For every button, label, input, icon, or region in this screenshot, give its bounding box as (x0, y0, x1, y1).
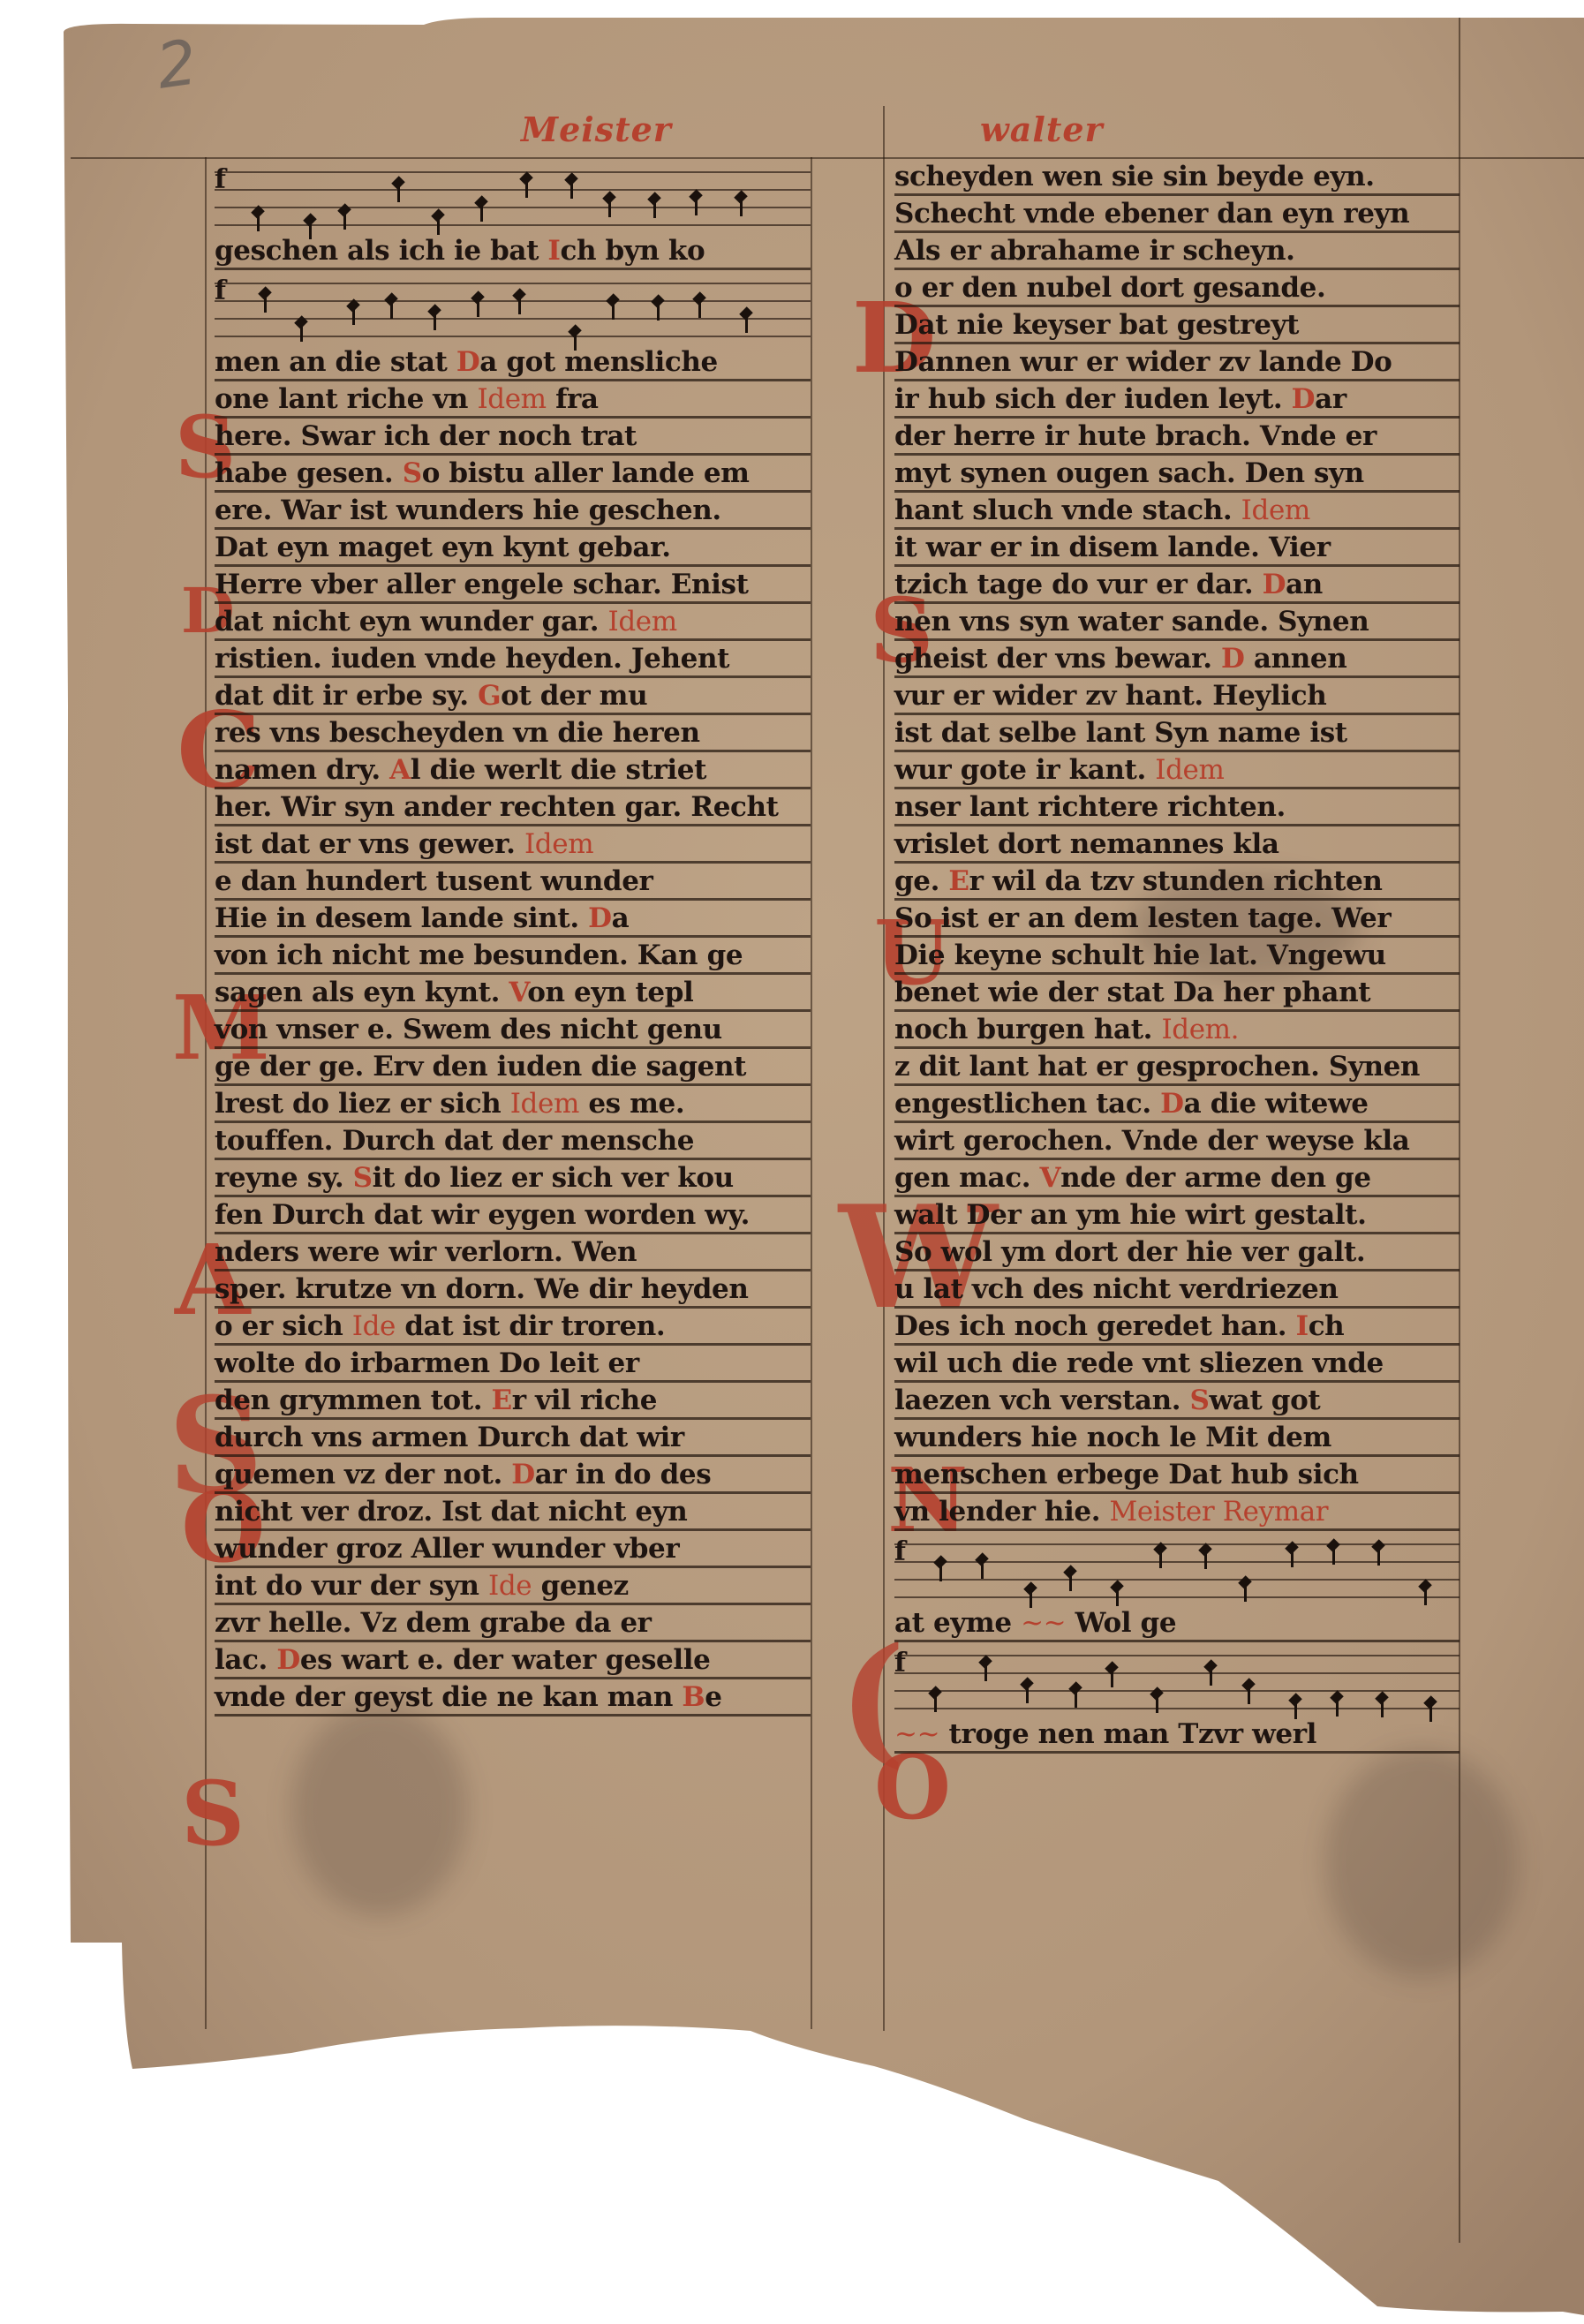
line-text: wat got (1210, 1385, 1321, 1416)
text-line: Die keyne schult hie lat. Vngewu (894, 938, 1460, 975)
text-line: dat dit ir erbe sy. Got der mu (215, 678, 811, 715)
text-line: engestlichen tac. Da die witewe (894, 1086, 1460, 1123)
text-line: walt Der an ym hie wirt gestalt. (894, 1197, 1460, 1234)
text-line: namen dry. Al die werlt die striet (215, 752, 811, 789)
text-line: sagen als eyn kynt. Von eyn tepl (215, 975, 811, 1012)
staff-line (215, 207, 811, 208)
text-line: Als er abrahame ir scheyn. (894, 233, 1460, 270)
line-text: wil uch die rede vnt sliezen vnde (894, 1347, 1384, 1379)
text-line: o er sich Ide dat ist dir troren. (215, 1309, 811, 1346)
text-line: tzich tage do vur er dar. Dan (894, 567, 1460, 604)
text-line: wolte do irbarmen Do leit er (215, 1346, 811, 1383)
rubricated-initial: I (547, 235, 560, 267)
line-text: r vil riche (512, 1385, 657, 1416)
line-text: Die keyne schult hie lat. Vngewu (894, 939, 1386, 971)
line-text: dat ist dir troren. (396, 1310, 665, 1342)
staff-line (215, 189, 811, 191)
note-stem (525, 182, 528, 198)
line-text: ar in do des (535, 1459, 712, 1490)
staff-line (894, 1596, 1460, 1598)
staff-line (894, 1579, 1460, 1581)
note-stem (1156, 1697, 1158, 1713)
line-text: ge der ge. Erv den iuden die sagent (215, 1051, 746, 1083)
note-stem (397, 186, 400, 202)
text-line: quemen vz der not. Dar in do des (215, 1457, 811, 1494)
line-text: vrislet dort nemannes kla (894, 828, 1279, 860)
line-text: here. Swar ich der noch trat (215, 420, 637, 452)
rubricated-initial: S (353, 1162, 373, 1194)
note-stem (390, 303, 393, 319)
text-line: ~~ troge nen man Tzvr werl (894, 1717, 1460, 1754)
line-text: a got mensliche (479, 346, 718, 378)
note-stem (984, 1665, 987, 1681)
note-stem (1381, 1701, 1384, 1717)
text-line: ist dat selbe lant Syn name ist (894, 715, 1460, 752)
text-line: laezen vch verstan. Swat got (894, 1383, 1460, 1420)
rubricated-initial: A (389, 754, 411, 786)
note-stem (612, 304, 615, 320)
note-stem (1204, 1553, 1207, 1569)
text-line: von vnser e. Swem des nicht genu (215, 1012, 811, 1049)
note-stem (264, 297, 267, 313)
line-text: gheist der vns bewar. (894, 643, 1221, 675)
note-stem (1026, 1687, 1029, 1703)
staff-line (215, 171, 811, 173)
rubric-flourish: ~~ (894, 1718, 939, 1750)
staff-line (894, 1708, 1460, 1709)
rubricated-initial: D (456, 346, 479, 378)
note-stem (657, 305, 660, 321)
right-column: scheyden wen sie sin beyde eyn.Schecht v… (894, 159, 1460, 1754)
line-text: vn lender hie. (894, 1496, 1110, 1528)
text-line: nicht ver droz. Ist dat nicht eyn (215, 1494, 811, 1531)
line-text: an (1286, 569, 1323, 600)
text-line: it war er in disem lande. Vier (894, 530, 1460, 567)
rubricated-initial: I (1296, 1310, 1309, 1342)
line-text: men an die stat (215, 346, 456, 378)
line-text: Herre vber aller engele schar. Enist (215, 569, 749, 600)
text-line: Dannen wur er wider zv lande Do (894, 344, 1460, 381)
line-text: namen dry. (215, 754, 389, 786)
text-line: Hie in desem lande sint. Da (215, 901, 811, 938)
stain (1324, 1748, 1519, 1978)
text-line: benet wie der stat Da her phant (894, 975, 1460, 1012)
text-line: den grymmen tot. Er vil riche (215, 1383, 811, 1420)
text-line: So wol ym dort der hie ver galt. (894, 1234, 1460, 1271)
line-text: ristien. iuden vnde heyden. Jehent (215, 643, 729, 675)
line-text: her. Wir syn ander rechten gar. Recht (215, 791, 779, 823)
text-line: habe gesen. So bistu aller lande em (215, 456, 811, 493)
note-stem (343, 214, 346, 230)
text-line: ist dat er vns gewer. Idem (215, 826, 811, 864)
music-staff: f (894, 1531, 1460, 1605)
line-text: wirt gerochen. Vnde der weyse kla (894, 1125, 1409, 1157)
line-text: ch byn ko (561, 235, 705, 267)
line-text: es wart e. der water geselle (300, 1644, 711, 1676)
staff-line (894, 1690, 1460, 1692)
line-text: wunder groz Aller wunder vber (215, 1533, 679, 1565)
rubricated-initial: E (948, 865, 969, 897)
line-text: sagen als eyn kynt. (215, 977, 509, 1008)
text-line: von ich nicht me besunden. Kan ge (215, 938, 811, 975)
note-stem (1424, 1589, 1427, 1605)
line-text: hant sluch vnde stach. (894, 494, 1241, 526)
rubricated-initial: D (276, 1644, 299, 1676)
line-text: Als er abrahame ir scheyn. (894, 235, 1294, 267)
music-staff: f (215, 159, 811, 233)
line-text: nde der arme den ge (1060, 1162, 1371, 1194)
rubricated-initial: D (1160, 1088, 1183, 1120)
rubric: Idem (524, 828, 593, 860)
line-text: it war er in disem lande. Vier (894, 532, 1331, 563)
text-line: ge der ge. Erv den iuden die sagent (215, 1049, 811, 1086)
line-text: ist dat selbe lant Syn name ist (894, 717, 1347, 749)
line-text: vnde der geyst die ne kan man (215, 1681, 682, 1713)
rubricated-initial: V (509, 977, 527, 1008)
text-line: ge. Er wil da tzv stunden richten (894, 864, 1460, 901)
line-text: fen Durch dat wir eygen worden wy. (215, 1199, 750, 1231)
line-text: vur er wider zv hant. Heylich (894, 680, 1326, 712)
staff-line (215, 224, 811, 226)
line-text: Dat nie keyser bat gestreyt (894, 309, 1299, 341)
line-text: Dannen wur er wider zv lande Do (894, 346, 1392, 378)
note-stem (477, 301, 479, 317)
initial-s2: S (181, 1762, 245, 1866)
note-stem (1159, 1552, 1162, 1568)
rubric: Idem (477, 383, 546, 415)
stain (291, 1704, 468, 1916)
line-text: r wil da tzv stunden richten (969, 865, 1383, 897)
line-text: ar (1315, 383, 1346, 415)
text-line: wunder groz Aller wunder vber (215, 1531, 811, 1568)
line-text: lac. (215, 1644, 276, 1676)
line-text: ere. War ist wunders hie geschen. (215, 494, 721, 526)
text-line: nders were wir verlorn. Wen (215, 1234, 811, 1271)
line-text: a (612, 902, 630, 934)
text-line: z dit lant hat er gesprochen. Synen (894, 1049, 1460, 1086)
note-stem (740, 200, 743, 216)
rubricated-initial: D (588, 902, 611, 934)
line-text: fra (547, 383, 599, 415)
line-text: it do liez er sich ver kou (373, 1162, 734, 1194)
text-line: wirt gerochen. Vnde der weyse kla (894, 1123, 1460, 1160)
line-text: a die witewe (1184, 1088, 1369, 1120)
text-line: here. Swar ich der noch trat (215, 419, 811, 456)
rubricated-initial: D (1292, 383, 1315, 415)
note-stem (939, 1566, 942, 1581)
text-line: e dan hundert tusent wunder (215, 864, 811, 901)
note-stem (1377, 1550, 1380, 1566)
music-staff: f (215, 270, 811, 344)
text-line: fen Durch dat wir eygen worden wy. (215, 1197, 811, 1234)
note-stem (653, 202, 656, 218)
rubricated-initial: D (1263, 569, 1286, 600)
text-line: nen vns syn water sande. Synen (894, 604, 1460, 641)
rubricated-initial: E (492, 1385, 512, 1416)
text-line: one lant riche vn Idem fra (215, 381, 811, 419)
running-header-right: walter (980, 109, 1104, 149)
text-line: res vns bescheyden vn die heren (215, 715, 811, 752)
text-line: reyne sy. Sit do liez er sich ver kou (215, 1160, 811, 1197)
line-text: von ich nicht me besunden. Kan ge (215, 939, 743, 971)
rubricated-initial: G (478, 680, 501, 712)
line-text: laezen vch verstan. (894, 1385, 1190, 1416)
rubric: Ide (352, 1310, 396, 1342)
text-line: vn lender hie. Meister Reymar (894, 1494, 1460, 1531)
line-text: troge nen man Tzvr werl (939, 1718, 1316, 1750)
line-text: walt Der an ym hie wirt gestalt. (894, 1199, 1367, 1231)
line-text: benet wie der stat Da her phant (894, 977, 1370, 1008)
note-stem (257, 215, 260, 231)
text-line: ere. War ist wunders hie geschen. (215, 493, 811, 530)
text-line: Des ich noch geredet han. Ich (894, 1309, 1460, 1346)
line-text: scheyden wen sie sin beyde eyn. (894, 161, 1375, 192)
line-text: nders were wir verlorn. Wen (215, 1236, 637, 1268)
text-line: at eyme ~~ Wol ge (894, 1605, 1460, 1642)
text-line: wur gote ir kant. Idem (894, 752, 1460, 789)
line-text: Des ich noch geredet han. (894, 1310, 1296, 1342)
line-text: So ist er an dem lesten tage. Wer (894, 902, 1391, 934)
line-text: durch vns armen Durch dat wir (215, 1422, 684, 1453)
left-column: fgeschen als ich ie bat Ich byn kofmen a… (215, 159, 811, 1717)
note-stem (1291, 1551, 1294, 1567)
text-line: ristien. iuden vnde heyden. Jehent (215, 641, 811, 678)
text-line: nser lant richtere richten. (894, 789, 1460, 826)
rubric: Meister Reymar (1110, 1496, 1329, 1528)
line-text: Hie in desem lande sint. (215, 902, 588, 934)
text-line: hant sluch vnde stach. Idem (894, 493, 1460, 530)
rubric: Idem (608, 606, 677, 638)
text-line: ir hub sich der iuden leyt. Dar (894, 381, 1460, 419)
note-stem (352, 309, 355, 325)
text-line: wunders hie noch le Mit dem (894, 1420, 1460, 1457)
line-text: at eyme (894, 1607, 1021, 1639)
text-line: u lat vch des nicht verdriezen (894, 1271, 1460, 1309)
line-text: dat nicht eyn wunder gar. (215, 606, 608, 638)
line-text: wunders hie noch le Mit dem (894, 1422, 1331, 1453)
staff-line (215, 336, 811, 337)
staff-line (894, 1672, 1460, 1674)
note-stem (1244, 1586, 1247, 1602)
line-text: wolte do irbarmen Do leit er (215, 1347, 639, 1379)
line-text: zvr helle. Vz dem grabe da er (215, 1607, 652, 1639)
line-text: ir hub sich der iuden leyt. (894, 383, 1292, 415)
line-text: genez (532, 1570, 629, 1602)
text-line: touffen. Durch dat der mensche (215, 1123, 811, 1160)
line-text: ist dat er vns gewer. (215, 828, 524, 860)
note-stem (1336, 1701, 1339, 1717)
note-stem (518, 298, 521, 314)
line-text: ge. (894, 865, 948, 897)
rubricated-initial: V (1039, 1162, 1060, 1194)
line-text: gen mac. (894, 1162, 1039, 1194)
rubric: Idem (1241, 494, 1310, 526)
line-text: nicht ver droz. Ist dat nicht eyn (215, 1496, 687, 1528)
text-line: So ist er an dem lesten tage. Wer (894, 901, 1460, 938)
text-line: gen mac. Vnde der arme den ge (894, 1160, 1460, 1197)
text-line: gheist der vns bewar. D annen (894, 641, 1460, 678)
text-line: menschen erbege Dat hub sich (894, 1457, 1460, 1494)
line-text: geschen als ich ie bat (215, 235, 547, 267)
line-text: o bistu aller lande em (422, 457, 750, 489)
rubric: Ide (488, 1570, 532, 1602)
line-text: int do vur der syn (215, 1570, 488, 1602)
line-text: on eyn tepl (527, 977, 693, 1008)
note-stem (934, 1696, 937, 1712)
text-line: lac. Des wart e. der water geselle (215, 1642, 811, 1679)
line-text: reyne sy. (215, 1162, 353, 1194)
text-line: o er den nubel dort gesande. (894, 270, 1460, 307)
line-text: annen (1245, 643, 1347, 675)
text-line: geschen als ich ie bat Ich byn ko (215, 233, 811, 270)
line-text: res vns bescheyden vn die heren (215, 717, 700, 749)
text-line: Dat nie keyser bat gestreyt (894, 307, 1460, 344)
line-text: z dit lant hat er gesprochen. Synen (894, 1051, 1420, 1083)
rubric-flourish: ~~ (1021, 1607, 1066, 1639)
text-line: men an die stat Da got mensliche (215, 344, 811, 381)
rubricated-initial: D (511, 1459, 534, 1490)
note-stem (608, 201, 611, 217)
line-text: lrest do liez er sich (215, 1088, 510, 1120)
staff-line (894, 1655, 1460, 1656)
note-stem (1111, 1671, 1113, 1687)
clef-icon: f (215, 164, 226, 195)
text-line: wil uch die rede vnt sliezen vnde (894, 1346, 1460, 1383)
running-header-left: Meister (521, 109, 672, 149)
line-text: u lat vch des nicht verdriezen (894, 1273, 1338, 1305)
note-stem (698, 302, 701, 318)
manuscript-leaf: 2 Meister walter S D C M A S O S D S U W… (0, 0, 1584, 2324)
text-line: Dat eyn maget eyn kynt gebar. (215, 530, 811, 567)
line-text: quemen vz der not. (215, 1459, 511, 1490)
rubric: Idem (1155, 754, 1224, 786)
note-stem (1075, 1692, 1077, 1708)
line-text: wur gote ir kant. (894, 754, 1155, 786)
line-text: one lant riche vn (215, 383, 477, 415)
line-text: den grymmen tot. (215, 1385, 492, 1416)
line-text: von vnser e. Swem des nicht genu (215, 1014, 722, 1045)
text-line: noch burgen hat. Idem. (894, 1012, 1460, 1049)
note-stem (745, 317, 748, 333)
text-line: myt synen ougen sach. Den syn (894, 456, 1460, 493)
note-stem (480, 206, 483, 222)
clef-icon: f (894, 1648, 906, 1679)
clef-icon: f (215, 275, 226, 306)
line-text: e (705, 1681, 721, 1713)
note-stem (1248, 1688, 1250, 1704)
line-text: der herre ir hute brach. Vnde er (894, 420, 1377, 452)
rubricated-initial: D (1221, 643, 1244, 675)
line-text: tzich tage do vur er dar. (894, 569, 1263, 600)
text-line: scheyden wen sie sin beyde eyn. (894, 159, 1460, 196)
ruling-left-inner (811, 157, 812, 2029)
line-text: ot der mu (501, 680, 647, 712)
text-line: Schecht vnde ebener dan eyn reyn (894, 196, 1460, 233)
line-text: So wol ym dort der hie ver galt. (894, 1236, 1365, 1268)
text-line: durch vns armen Durch dat wir (215, 1420, 811, 1457)
note-stem (1116, 1590, 1119, 1606)
text-line: lrest do liez er sich Idem es me. (215, 1086, 811, 1123)
line-text: Schecht vnde ebener dan eyn reyn (894, 198, 1409, 230)
line-text: e dan hundert tusent wunder (215, 865, 652, 897)
note-stem (300, 326, 303, 342)
line-text: dat dit ir erbe sy. (215, 680, 478, 712)
staff-line (215, 283, 811, 284)
line-text: l die werlt die striet (411, 754, 706, 786)
rubricated-initial: S (403, 457, 422, 489)
line-text: o er den nubel dort gesande. (894, 272, 1325, 304)
rubricated-initial: S (1190, 1385, 1210, 1416)
note-stem (1210, 1670, 1212, 1686)
music-staff: f (894, 1642, 1460, 1717)
rubricated-initial: B (682, 1681, 705, 1713)
note-stem (1069, 1575, 1072, 1591)
line-text: nser lant richtere richten. (894, 791, 1286, 823)
clef-icon: f (894, 1536, 906, 1567)
line-text: es me. (579, 1088, 684, 1120)
text-line: vnde der geyst die ne kan man Be (215, 1679, 811, 1717)
text-line: zvr helle. Vz dem grabe da er (215, 1605, 811, 1642)
line-text: Dat eyn maget eyn kynt gebar. (215, 532, 671, 563)
line-text: engestlichen tac. (894, 1088, 1160, 1120)
text-line: der herre ir hute brach. Vnde er (894, 419, 1460, 456)
line-text: myt synen ougen sach. Den syn (894, 457, 1364, 489)
rubric: Idem. (1161, 1014, 1239, 1045)
line-text: sper. krutze vn dorn. We dir heyden (215, 1273, 748, 1305)
note-stem (434, 314, 436, 330)
line-text: nen vns syn water sande. Synen (894, 606, 1369, 638)
text-line: Herre vber aller engele schar. Enist (215, 567, 811, 604)
text-line: her. Wir syn ander rechten gar. Recht (215, 789, 811, 826)
text-line: vur er wider zv hant. Heylich (894, 678, 1460, 715)
line-text: ch (1309, 1310, 1345, 1342)
line-text: o er sich (215, 1310, 352, 1342)
line-text: menschen erbege Dat hub sich (894, 1459, 1359, 1490)
text-line: int do vur der syn Ide genez (215, 1568, 811, 1605)
text-line: dat nicht eyn wunder gar. Idem (215, 604, 811, 641)
line-text: habe gesen. (215, 457, 403, 489)
line-text: Wol ge (1066, 1607, 1176, 1639)
staff-line (215, 300, 811, 302)
rubric: Idem (510, 1088, 579, 1120)
line-text: noch burgen hat. (894, 1014, 1161, 1045)
note-stem (570, 183, 573, 199)
text-line: sper. krutze vn dorn. We dir heyden (215, 1271, 811, 1309)
text-line: vrislet dort nemannes kla (894, 826, 1460, 864)
note-stem (695, 200, 698, 215)
line-text: touffen. Durch dat der mensche (215, 1125, 694, 1157)
note-stem (1332, 1549, 1335, 1565)
note-stem (981, 1563, 984, 1579)
